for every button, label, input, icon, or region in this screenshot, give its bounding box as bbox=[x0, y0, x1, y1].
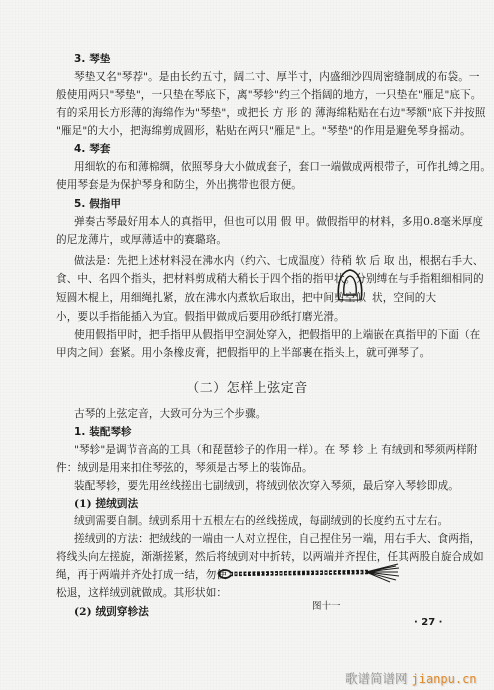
paragraph-line: 弹奏古琴最好用本人的真指甲，但也可以用 假 甲。做假指甲的材料，多用0.8毫米厚… bbox=[74, 215, 483, 229]
paragraph-line: "琴轸"是调节音高的工具（和琵琶轸子的作用一样）。在 琴 轸 上 有绒剅和琴须两… bbox=[74, 443, 478, 457]
section-heading-qindian: 3. 琴垫 bbox=[74, 52, 110, 66]
paragraph-line: 绳，再于两端并齐处打成一结，勿使 bbox=[56, 568, 227, 582]
scanned-book-page: 3. 琴垫 琴垫又名"琴荐"。是由长约五寸，阔二寸、厚半寸，内盛细沙四周密缝制成… bbox=[0, 0, 494, 690]
page-number: · 27 · bbox=[414, 617, 442, 628]
paragraph-line: 松退，这样绒剅就做成。其形状如： bbox=[56, 586, 227, 600]
figure-caption: 图十一 bbox=[312, 598, 341, 612]
paragraph-line: 用细软的布和薄棉绸，依照琴身大小做成套子，套口一端做成两根带子，可作扎缚之用。 bbox=[74, 160, 491, 174]
paragraph-line: 琴垫又名"琴荐"。是由长约五寸，阔二寸、厚半寸，内盛细沙四周密缝制成的布袋。一 bbox=[74, 70, 480, 84]
section-heading-jiazhijia: 5. 假指甲 bbox=[74, 197, 121, 211]
subheading-twist-cord: (1) 搓绒剅法 bbox=[74, 497, 138, 511]
twisted-cord-illustration bbox=[218, 562, 400, 584]
paragraph-line: 食、中、名四个指头，把材料剪成稍大稍长于四个指的指甲状。分别缚在与手指粗细相同的 bbox=[56, 272, 484, 286]
paragraph-line: 装配琴轸，要先用丝线搓出七副绒剅，将绒剅依次穿入琴须，最后穿入琴轸即成。 bbox=[74, 479, 459, 493]
paragraph-line: 使用假指甲时，把手指甲从假指甲空洞处穿入，把假指甲的上端嵌在真指甲的下面（在 bbox=[74, 328, 480, 342]
paragraph-line: 件：绒剅是用来扣住琴弦的，琴须是古琴上的装饰品。 bbox=[56, 461, 313, 475]
paragraph-line: 做法是：先把上述材料浸在沸水内（约六、七成温度）待稍 软 后 取 出，根据右手大… bbox=[74, 254, 484, 268]
paragraph-line: 古琴的上弦定音，大致可分为三个步骤。 bbox=[74, 407, 267, 421]
paragraph-line: "雁足"的大小，把海绵剪成圆形，粘贴在两只"雁足"上。"琴垫"的作用是避免琴身摇… bbox=[56, 124, 471, 138]
chapter-title: （二）怎样上弦定音 bbox=[0, 377, 494, 396]
watermark: 歌谱简谱网 jianpu.cn bbox=[345, 669, 477, 687]
fingernail-shape-illustration bbox=[336, 268, 364, 302]
paragraph-line: 绒剅需要自制。绒剅系用十五根左右的丝线搓成，每副绒剅的长度约五寸左右。 bbox=[74, 514, 448, 528]
step-heading-install-tuning-pegs: 1. 装配琴轸 bbox=[74, 425, 132, 439]
watermark-chinese: 歌谱简谱网 bbox=[345, 671, 408, 686]
paragraph-line: 状，空间的大 bbox=[372, 291, 436, 305]
paragraph-line: 的尼龙薄片，或厚薄适中的赛璐珞。 bbox=[56, 233, 227, 247]
paragraph-line: 短圆木棍上，用细绳扎紧，放在沸水内煮软后取出，把中间剪空似 bbox=[56, 291, 366, 305]
paragraph-line: 甲肉之间）套紧。用小条橡皮膏，把假指甲的上半部裹在指头上，就可弹琴了。 bbox=[56, 346, 430, 360]
paragraph-line: 有的采用长方形薄的海绵作为"琴垫"，或把长 方 形 的 薄海绵粘贴在右边"琴额"… bbox=[56, 106, 485, 120]
section-heading-qintao: 4. 琴套 bbox=[74, 142, 110, 156]
paragraph-line: 小，要以手指能插入为宜。假指甲做成后要用砂纸打磨光滑。 bbox=[56, 310, 345, 324]
paragraph-line: 搓绒剅的方法：把绒线的一端由一人对立捏住，自己捏住另一端，用右手大、食两指， bbox=[74, 532, 480, 546]
paragraph-line: 般使用两只"琴垫"，一只垫在琴底下，离"琴轸"约三个指阔的地方，一只垫在"雁足"… bbox=[56, 88, 482, 102]
subheading-thread-cord-through-peg: (2) 绒剅穿轸法 bbox=[74, 605, 149, 619]
paragraph-line: 使用琴套是为保护琴身和防尘，外出携带也很方便。 bbox=[56, 178, 302, 192]
watermark-url: jianpu.cn bbox=[412, 672, 477, 686]
